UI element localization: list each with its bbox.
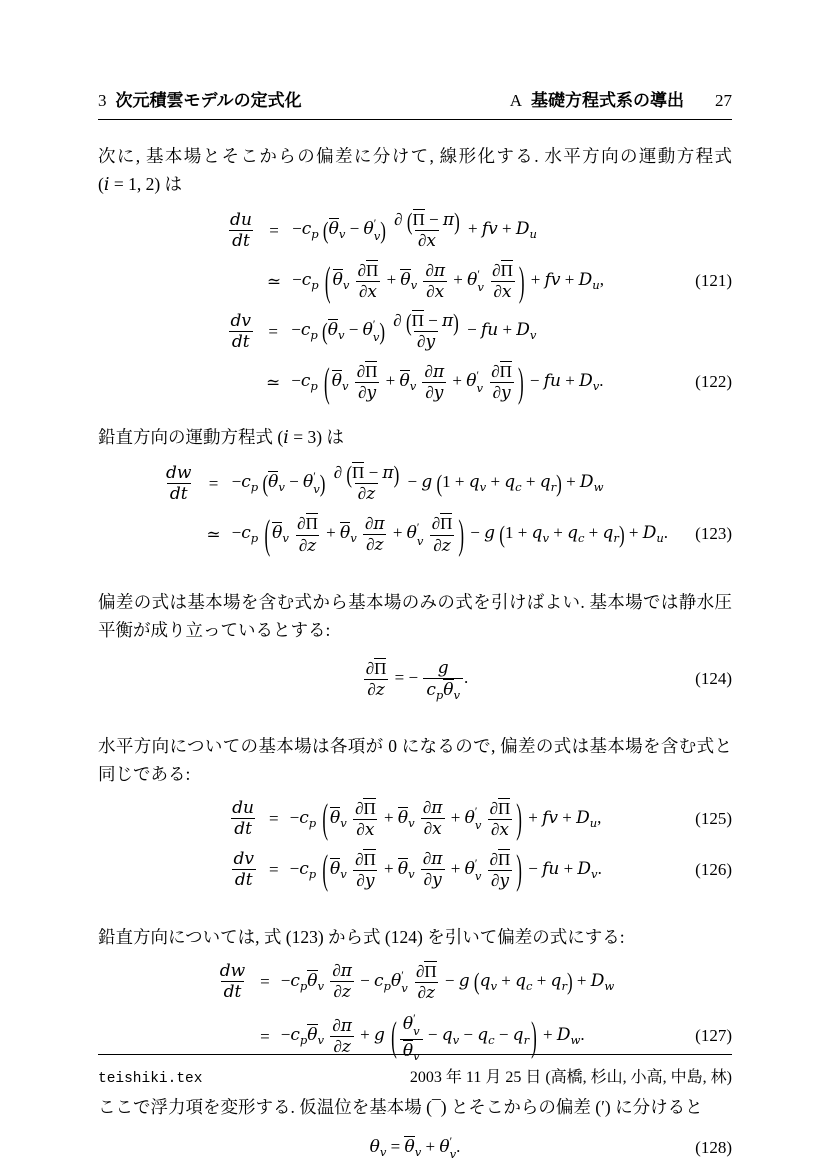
- page-number: 27: [715, 91, 732, 111]
- document-page: 3 次元積雲モデルの定式化 A 基礎方程式系の導出 27 次に, 基本場とそこか…: [0, 0, 826, 1169]
- para-linearize-horizontal: 次に, 基本場とそこからの偏差に分けて, 線形化する. 水平方向の運動方程式 (…: [98, 142, 732, 199]
- equation-128: θv = θv + θ′v.(128): [98, 1135, 732, 1162]
- document-body: 次に, 基本場とそこからの偏差に分けて, 線形化する. 水平方向の運動方程式 (…: [98, 122, 732, 1169]
- equation-122-number-122: (122): [695, 372, 732, 392]
- para-deviation-hydrostatic: 偏差の式は基本場を含む式から基本場のみの式を引けばよい. 基本場では静水圧平衡が…: [98, 588, 732, 644]
- section-number: 3: [98, 91, 107, 111]
- inline-math: (i = 3): [277, 427, 322, 447]
- footer-date-authors: 2003 年 11 月 25 日 (高橋, 杉山, 小高, 中島, 林): [410, 1064, 732, 1087]
- appendix-number: A: [510, 91, 522, 111]
- equation-121: dudt=−cp (θv − θ′v) ∂ (Π − π)∂x + fv + D…: [98, 209, 732, 302]
- header-appendix: A 基礎方程式系の導出 27: [510, 86, 732, 111]
- equation-122: dvdt=−cp (θv − θ′v) ∂ (Π − π)∂y − fu + D…: [98, 310, 732, 403]
- page-header: 3 次元積雲モデルの定式化 A 基礎方程式系の導出 27: [98, 86, 732, 120]
- para-horizontal-basicstate: 水平方向についての基本場は各項が 0 になるので, 偏差の式は基本場を含む式と同…: [98, 732, 732, 788]
- equation-124: ∂Π∂z = − gcpθv.(124): [98, 658, 732, 700]
- para-vertical-equation: 鉛直方向の運動方程式 (i = 3) は: [98, 423, 732, 452]
- equation-127-number-127: (127): [695, 1026, 732, 1046]
- footer-filename: teishiki.tex: [98, 1071, 202, 1087]
- equation-124-number: (124): [695, 669, 732, 689]
- page-footer: teishiki.tex 2003 年 11 月 25 日 (高橋, 杉山, 小…: [98, 1054, 732, 1087]
- equation-128-number: (128): [695, 1138, 732, 1158]
- equation-123: dwdt=−cp (θv − θ′v) ∂ (Π − π)∂z − g (1 +…: [98, 462, 732, 555]
- section-title: 次元積雲モデルの定式化: [116, 86, 302, 111]
- equation-127: dwdt=−cpθv ∂π∂z − cpθ′v ∂Π∂z − g (qv + q…: [98, 961, 732, 1061]
- appendix-title: 基礎方程式系の導出: [531, 86, 684, 111]
- equation-125-126-number-126: (126): [695, 860, 732, 880]
- para-vertical-deviation: 鉛直方向については, 式 (123) から式 (124) を引いて偏差の式にする…: [98, 923, 732, 951]
- equation-123-number-123: (123): [695, 524, 732, 544]
- header-section: 3 次元積雲モデルの定式化: [98, 86, 302, 111]
- equation-125-126: dudt=−cp (θv ∂Π∂x + θv ∂π∂x + θ′v ∂Π∂x) …: [98, 798, 732, 891]
- equation-125-126-number-125: (125): [695, 809, 732, 829]
- para-buoyancy-transform: ここで浮力項を変形する. 仮温位を基本場 (¯) とそこからの偏差 (′) に分…: [98, 1093, 732, 1121]
- equation-121-number-121: (121): [695, 271, 732, 291]
- inline-math: (i = 1, 2): [98, 174, 160, 194]
